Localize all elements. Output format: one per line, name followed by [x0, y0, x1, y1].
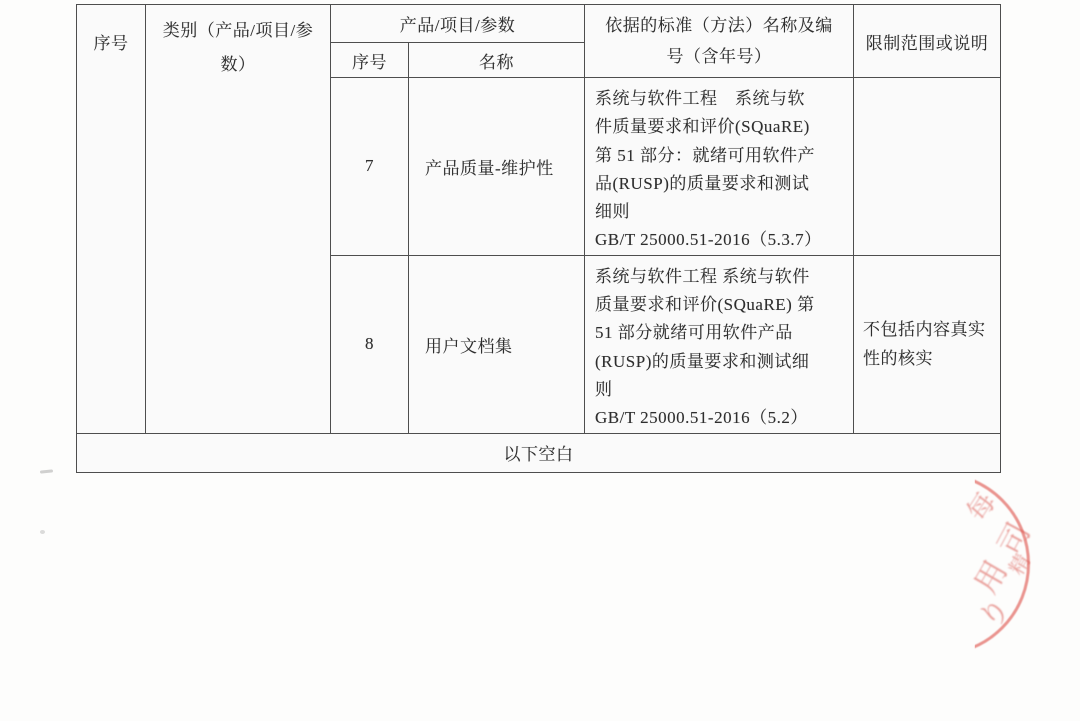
scanned-document-page: 序号 类别（产品/项目/参 数） 产品/项目/参数 依据的标准（方法）名称及编 … [0, 0, 1080, 721]
header-sub-name: 名称 [409, 43, 585, 78]
header-product-group: 产品/项目/参数 [331, 5, 585, 43]
header-sub-seq: 序号 [331, 43, 409, 78]
row8-limit: 不包括内容真实 性的核实 [854, 255, 1001, 433]
row8-standard: 系统与软件工程 系统与软件 质量要求和评价(SQuaRE) 第 51 部分就绪可… [585, 255, 854, 433]
row8-seq: 8 [331, 255, 409, 433]
row8-name: 用户文档集 [409, 255, 585, 433]
stamp-glyph: 每 [956, 484, 1003, 528]
header-limit: 限制范围或说明 [854, 5, 1001, 78]
row7-standard: 系统与软件工程 系统与软 件质量要求和评价(SQuaRE) 第 51 部分：就绪… [585, 78, 854, 256]
stamp-glyph: 司 [984, 513, 1038, 561]
header-seq: 序号 [77, 5, 146, 434]
test-scope-table: 序号 类别（产品/项目/参 数） 产品/项目/参数 依据的标准（方法）名称及编 … [76, 4, 1001, 473]
row7-name: 产品质量-维护性 [409, 78, 585, 256]
stamp-glyph: 精 [1000, 548, 1035, 580]
header-standard: 依据的标准（方法）名称及编 号（含年号） [585, 5, 854, 78]
stamp-ring-arc-icon [846, 472, 1030, 656]
footer-blank-note: 以下空白 [77, 433, 1001, 472]
scan-artifact [40, 530, 45, 534]
stamp-glyph: 用 [961, 551, 1015, 600]
header-category: 类别（产品/项目/参 数） [146, 5, 331, 434]
scan-artifact [40, 469, 53, 473]
row7-limit [854, 78, 1001, 256]
stamp-glyph: り [969, 588, 1019, 637]
row7-seq: 7 [331, 78, 409, 256]
